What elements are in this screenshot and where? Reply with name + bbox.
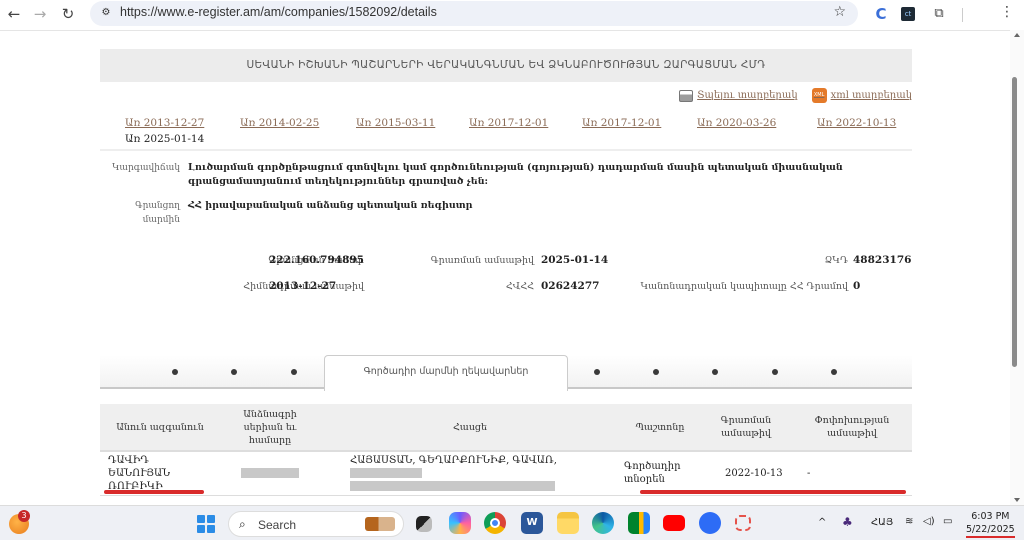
snipping-tool-icon[interactable] xyxy=(735,515,751,531)
xml-file-icon: XML xyxy=(812,88,827,103)
history-link[interactable]: Առ 2017-12-01 xyxy=(582,117,661,129)
col-position: Պաշտոնը xyxy=(620,404,700,451)
menu-dots-icon[interactable]: ⋮ xyxy=(1000,4,1014,20)
battery-icon[interactable]: ▭ xyxy=(943,516,952,527)
info-block: Կարգավիճակ Լուծարման գործընթացում գտնվել… xyxy=(100,161,912,237)
input-language[interactable]: ՀԱՅ xyxy=(871,517,893,528)
printer-icon xyxy=(679,90,693,102)
history-link[interactable]: Առ 2020-03-26 xyxy=(697,117,776,129)
code-label: ՁԿԴ xyxy=(825,255,848,266)
browser-toolbar: ← → ↻ ⚙ https://www.e-register.am/am/com… xyxy=(0,0,1024,28)
page-scrollbar[interactable] xyxy=(1010,30,1024,505)
xml-version-link[interactable]: XML xml տարբերակ xyxy=(812,88,912,103)
extension-ct-icon[interactable]: ct xyxy=(901,7,915,21)
table-header-row: Անուն ազգանուն Անձնագրի սերիան եւ համարը… xyxy=(100,404,912,451)
col-name: Անուն ազգանուն xyxy=(100,404,220,451)
status-value: Լուծարման գործընթացում գտնվելու կամ գործ… xyxy=(188,161,912,189)
tab-executive-managers[interactable]: Գործադիր մարմնի ղեկավարներ xyxy=(324,355,568,391)
tab-collapsed[interactable] xyxy=(594,369,600,375)
export-links: Տպելու տարբերակ XML xml տարբերակ xyxy=(679,88,912,103)
xml-version-label[interactable]: xml տարբերակ xyxy=(831,90,912,101)
youtube-icon[interactable] xyxy=(663,515,685,531)
extensions-puzzle-icon[interactable]: ⧉ xyxy=(930,5,948,23)
registrar-label: Գրանցող մարմին xyxy=(100,199,188,227)
tab-collapsed[interactable] xyxy=(231,369,237,375)
zoom-icon[interactable] xyxy=(699,512,721,534)
current-version: Առ 2025-01-14 xyxy=(125,133,204,145)
annotation-underline xyxy=(640,490,906,494)
manager-address: ՀԱՅԱՍՏԱՆ, ԳԵՂԱՐՔՈՒՆԻՔ, ԳԱՎԱՌ, xyxy=(320,451,620,495)
tab-collapsed[interactable] xyxy=(712,369,718,375)
manager-record-date: 2022-10-13 xyxy=(700,451,792,495)
section-tabs: Գործադիր մարմնի ղեկավարներ xyxy=(100,355,912,389)
col-address: Հասցե xyxy=(320,404,620,451)
taskbar: 3 ⌕ Search W ^ ♣ ՀԱՅ ≋ ◁) ▭ 6:03 PM 5/22… xyxy=(0,505,1024,540)
founding-date-value: 2013-12-27 xyxy=(269,280,336,292)
history-link[interactable]: Առ 2022-10-13 xyxy=(817,117,896,129)
annotation-underline xyxy=(104,490,204,494)
history-versions: Առ 2013-12-27 Առ 2014-02-25 Առ 2015-03-1… xyxy=(100,115,912,151)
tab-collapsed[interactable] xyxy=(653,369,659,375)
notification-badge: 3 xyxy=(18,510,30,522)
history-link[interactable]: Առ 2015-03-11 xyxy=(356,117,435,129)
page-content: ՍԵՎԱՆԻ ԻՇԽԱՆԻ ՊԱՇԱՐՆԵՐԻ ՎԵՐԱԿԱՆԳՆՄԱՆ ԵՎ … xyxy=(0,30,1010,505)
print-version-label[interactable]: Տպելու տարբերակ xyxy=(697,90,797,101)
extension-c-icon[interactable]: C xyxy=(872,5,890,23)
capital-label: Կանոնադրական կապիտալը ՀՀ Դրամով xyxy=(640,281,848,292)
tin-value: 02624277 xyxy=(541,280,599,292)
windows-start-icon[interactable] xyxy=(197,515,215,533)
col-passport: Անձնագրի սերիան եւ համարը xyxy=(220,404,320,451)
tab-collapsed[interactable] xyxy=(772,369,778,375)
history-link[interactable]: Առ 2017-12-01 xyxy=(469,117,548,129)
reg-number-value: 222.160.794895 xyxy=(269,254,364,266)
scroll-up-icon[interactable] xyxy=(1014,33,1020,37)
word-icon[interactable]: W xyxy=(521,512,543,534)
site-info-icon[interactable]: ⚙ xyxy=(98,5,114,21)
task-view-icon[interactable] xyxy=(416,516,432,532)
search-highlight-icon xyxy=(365,517,395,531)
capital-value: 0 xyxy=(853,280,860,292)
col-change-date: Փոփոխության ամսաթիվ xyxy=(792,404,912,451)
tab-collapsed[interactable] xyxy=(172,369,178,375)
redacted-passport xyxy=(241,468,299,478)
managers-table: Անուն ազգանուն Անձնագրի սերիան եւ համարը… xyxy=(100,404,912,496)
edge-icon[interactable] xyxy=(592,512,614,534)
reload-icon[interactable]: ↻ xyxy=(57,3,79,25)
file-explorer-icon[interactable] xyxy=(557,512,579,534)
search-icon: ⌕ xyxy=(239,517,246,532)
record-date-label: Գրառման ամսաթիվ xyxy=(431,255,534,266)
address-bar[interactable]: ⚙ https://www.e-register.am/am/companies… xyxy=(90,1,858,26)
scroll-thumb[interactable] xyxy=(1012,77,1017,367)
manager-name: ԴԱՎԻԴ ԵԱՆՈՒՅԱՆ ՌՈՒԲԻԿԻ xyxy=(100,451,220,495)
google-meet-icon[interactable] xyxy=(628,512,650,534)
col-record-date: Գրառման ամսաթիվ xyxy=(700,404,792,451)
registrar-value: ՀՀ իրավաբանական անձանց պետական ռեգիստր xyxy=(188,199,912,227)
tin-label: ՀՎՀՀ xyxy=(506,281,534,292)
volume-icon[interactable]: ◁) xyxy=(923,516,935,527)
taskbar-search[interactable]: ⌕ Search xyxy=(228,511,404,537)
manager-position: Գործադիր տնօրեն xyxy=(620,451,700,495)
scroll-down-icon[interactable] xyxy=(1014,498,1020,502)
search-placeholder: Search xyxy=(258,518,296,532)
status-label: Կարգավիճակ xyxy=(100,161,188,189)
bookmark-star-icon[interactable]: ☆ xyxy=(833,4,846,20)
tray-app-icon[interactable]: ♣ xyxy=(842,515,853,529)
tab-collapsed[interactable] xyxy=(291,369,297,375)
clock-time: 6:03 PM xyxy=(966,510,1015,523)
copilot-icon[interactable] xyxy=(449,512,471,534)
url-text[interactable]: https://www.e-register.am/am/companies/1… xyxy=(120,5,437,19)
history-link[interactable]: Առ 2013-12-27 xyxy=(125,117,204,129)
code-value: 48823176 xyxy=(853,254,911,266)
clock-date: 5/22/2025 xyxy=(966,523,1015,538)
manager-passport xyxy=(220,451,320,495)
show-hidden-icons[interactable]: ^ xyxy=(818,517,826,528)
record-date-value: 2025-01-14 xyxy=(541,254,608,266)
chrome-icon[interactable] xyxy=(484,512,506,534)
print-version-link[interactable]: Տպելու տարբերակ xyxy=(679,88,797,103)
tab-collapsed[interactable] xyxy=(831,369,837,375)
back-icon[interactable]: ← xyxy=(3,3,25,25)
table-row: ԴԱՎԻԴ ԵԱՆՈՒՅԱՆ ՌՈՒԲԻԿԻ ՀԱՅԱՍՏԱՆ, ԳԵՂԱՐՔՈ… xyxy=(100,451,912,495)
system-clock[interactable]: 6:03 PM 5/22/2025 xyxy=(966,510,1015,538)
history-link[interactable]: Առ 2014-02-25 xyxy=(240,117,319,129)
toolbar-divider xyxy=(962,8,963,22)
company-name-header: ՍԵՎԱՆԻ ԻՇԽԱՆԻ ՊԱՇԱՐՆԵՐԻ ՎԵՐԱԿԱՆԳՆՄԱՆ ԵՎ … xyxy=(100,49,912,82)
wifi-icon[interactable]: ≋ xyxy=(905,516,913,527)
forward-icon[interactable]: → xyxy=(29,3,51,25)
manager-change-date: - xyxy=(792,451,912,495)
